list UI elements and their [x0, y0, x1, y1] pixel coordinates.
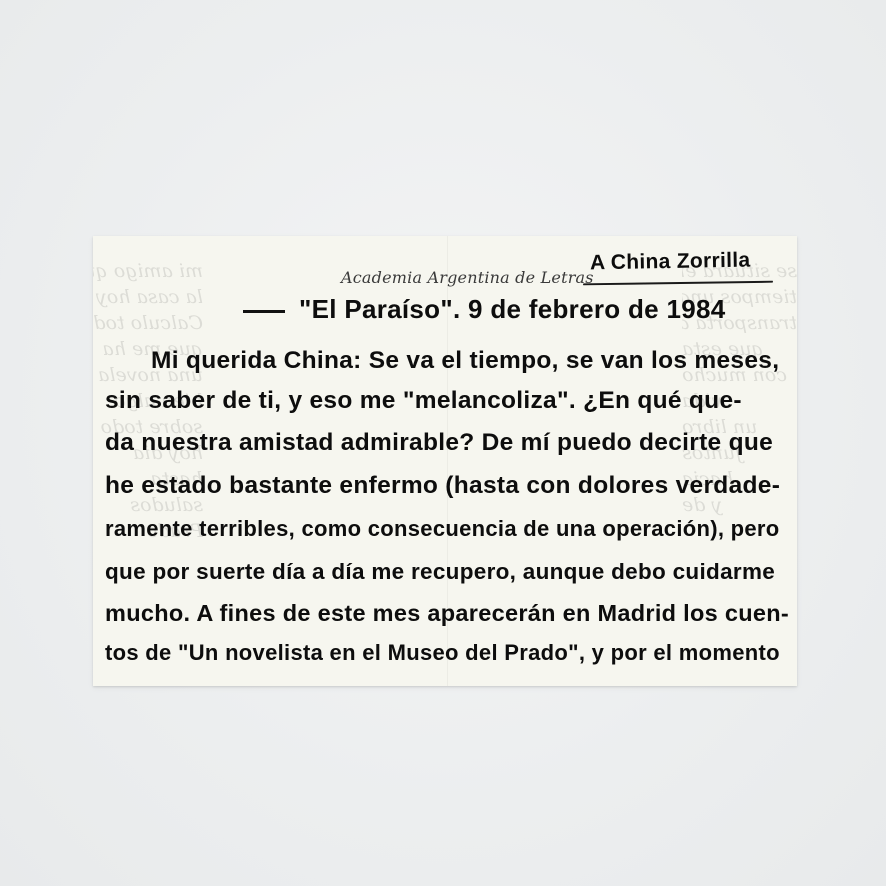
- dateline-dash: [243, 310, 285, 313]
- body-line-5: ramente terribles, como consecuencia de …: [105, 514, 780, 544]
- dateline: "El Paraíso". 9 de febrero de 1984: [243, 294, 726, 325]
- letterhead: Academia Argentina de Letras: [341, 268, 594, 287]
- body-line-8: tos de "Un novelista en el Museo del Pra…: [105, 638, 780, 668]
- body-line-4: he estado bastante enfermo (hasta con do…: [105, 471, 780, 501]
- body-line-2: sin saber de ti, y eso me "melancoliza".…: [105, 386, 742, 416]
- body-line-1: Mi querida China: Se va el tiempo, se va…: [151, 346, 779, 376]
- photo-background: mi amigo que sela casa hoy unaCalculo to…: [0, 0, 886, 886]
- body-line-7: mucho. A fines de este mes aparecerán en…: [105, 598, 789, 628]
- addressee: A China Zorrilla: [590, 249, 751, 276]
- letter-card: mi amigo que sela casa hoy unaCalculo to…: [93, 236, 797, 686]
- dateline-text: "El Paraíso". 9 de febrero de 1984: [299, 294, 726, 324]
- body-line-6: que por suerte día a día me recupero, au…: [105, 557, 775, 587]
- body-line-3: da nuestra amistad admirable? De mí pued…: [105, 428, 773, 458]
